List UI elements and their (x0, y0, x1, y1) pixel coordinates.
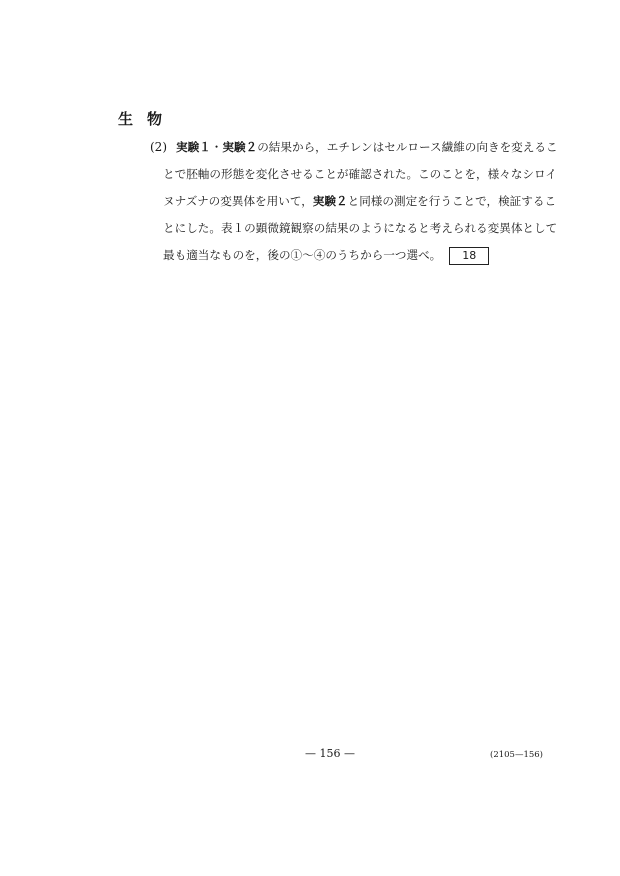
question-line-5: 最も適当なものを，後の①～④のうちから一つ選べ。18 (163, 242, 556, 269)
question-number: (2) (150, 140, 167, 154)
answer-box: 18 (449, 247, 489, 265)
page-number: — 156 — (305, 747, 355, 760)
experiment-ref: 実験２ (222, 140, 257, 154)
subject-heading: 生物 (118, 108, 176, 129)
text-segment: とで胚軸の形態を変化させることが確認された。このことを，様々なシロイ (163, 167, 557, 181)
document-code: (2105—156) (490, 750, 543, 760)
question-line-2: とで胚軸の形態を変化させることが確認された。このことを，様々なシロイ (163, 161, 556, 188)
question-line-1: 実験１・実験２の結果から，エチレンはセルロース繊維の向きを変えるこ (176, 134, 556, 161)
text-segment: とにした。表１の顕微鏡観察の結果のようになると考えられる変異体として (163, 221, 557, 235)
experiment-ref: 実験２ (313, 194, 348, 208)
experiment-ref: 実験１ (176, 140, 211, 154)
text-segment: ヌナズナの変異体を用いて， (163, 194, 313, 208)
question-line-4: とにした。表１の顕微鏡観察の結果のようになると考えられる変異体として (163, 215, 556, 242)
text-segment: ・ (211, 140, 223, 154)
text-segment: の結果から，エチレンはセルロース繊維の向きを変えるこ (257, 140, 557, 154)
text-segment: 最も適当なものを，後の①～④のうちから一つ選べ。 (163, 248, 441, 262)
question-line-3: ヌナズナの変異体を用いて，実験２と同様の測定を行うことで，検証するこ (163, 188, 556, 215)
text-segment: と同様の測定を行うことで，検証するこ (348, 194, 556, 208)
question-text: 実験１・実験２の結果から，エチレンはセルロース繊維の向きを変えるこ とで胚軸の形… (176, 134, 556, 269)
